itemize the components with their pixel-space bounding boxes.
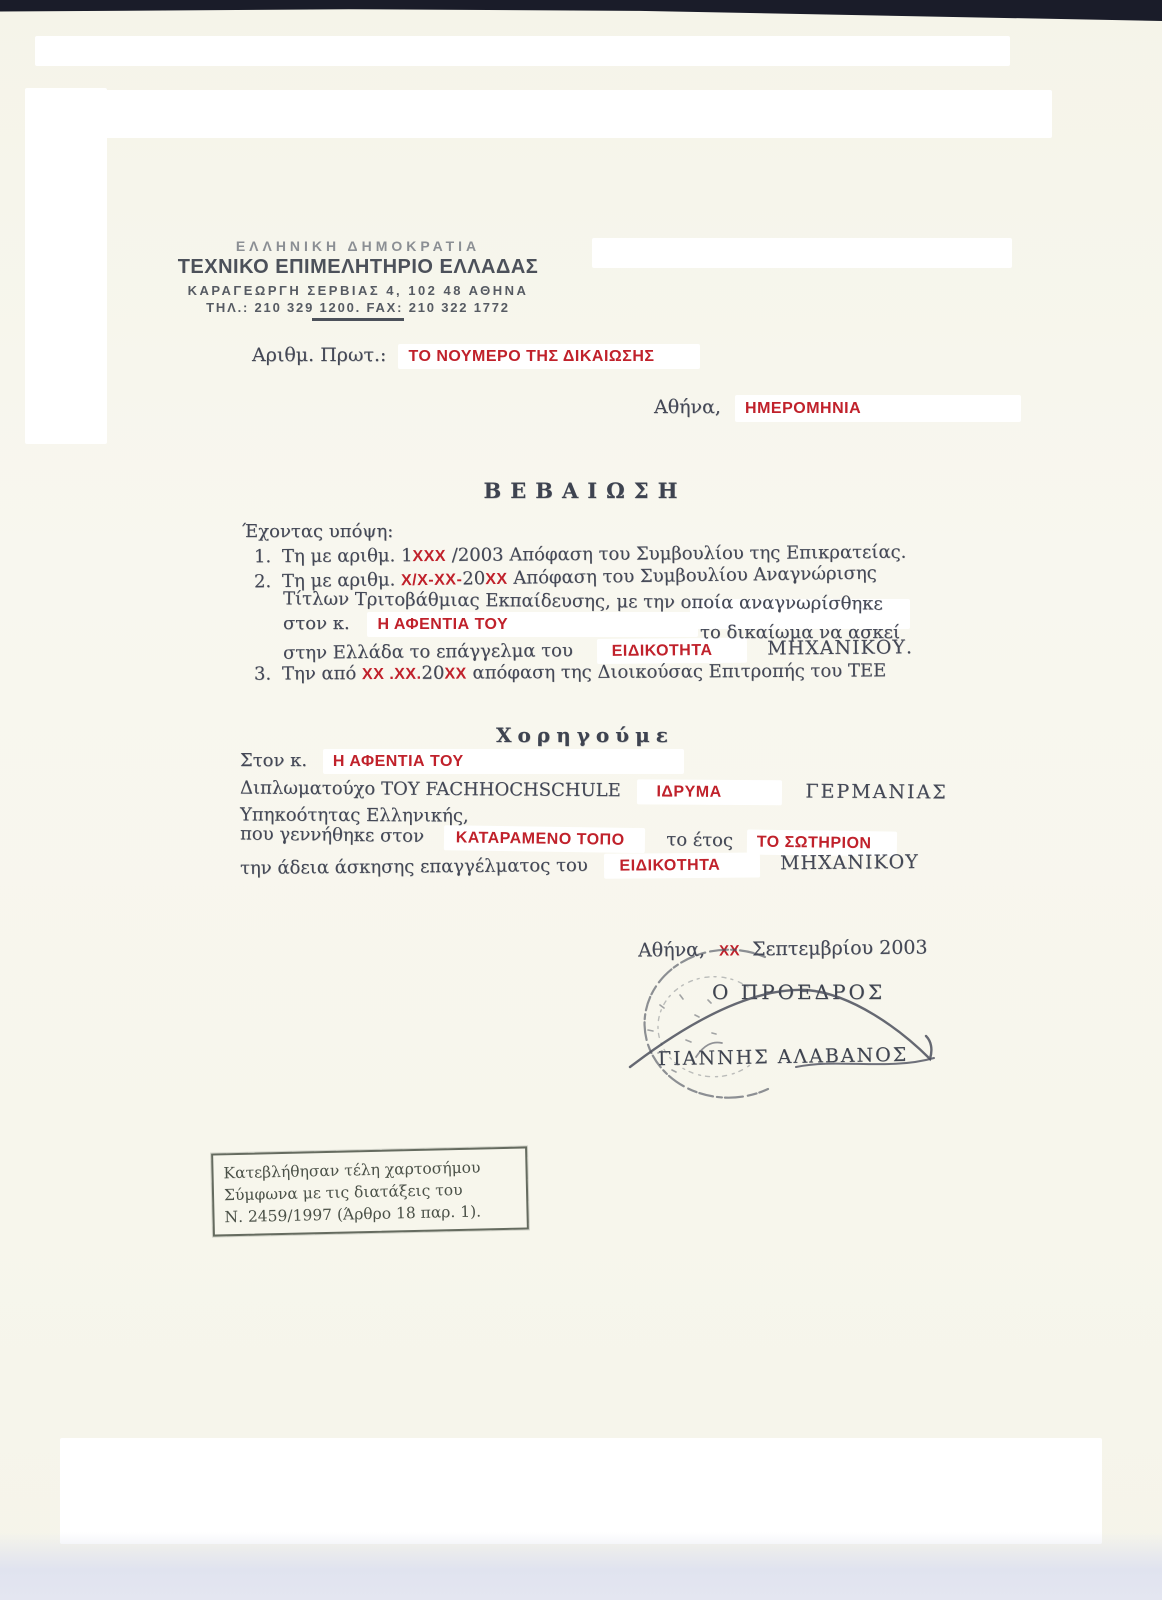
grant-l2-pre: Διπλωματούχο ΤΟΥ FACHHOCHSCHULE	[240, 778, 621, 802]
redaction-box-left-strip	[25, 88, 107, 444]
item2-l1-redacted-a: Χ/Χ-ΧΧ-	[401, 571, 463, 589]
protocol-line: Αριθμ. Πρωτ.: ΤΟ ΝΟΥΜΕΡΟ ΤΗΣ ΔΙΚΑΙΩΣΗΣ	[252, 344, 700, 366]
list-item-2-line3-tail: το δικαίωμα να ασκεί	[700, 622, 900, 643]
grant-line5: την άδεια άσκησης επαγγέλματος του ΕΙΔΙΚ…	[240, 851, 919, 879]
scan-edge-bar	[0, 0, 1162, 21]
letterhead-rule	[312, 318, 404, 321]
grant-l1-pre: Στον κ.	[240, 750, 307, 771]
president-title: Ο ΠΡΟΕΔΡΟΣ	[712, 980, 885, 1004]
item2-l1-redacted-b: ΧΧ	[485, 571, 508, 588]
stamp-duty-note: Κατεβλήθησαν τέλη χαρτοσήμου Σύμφωνα με …	[211, 1146, 529, 1236]
item1-redacted: ΧΧΧ	[412, 548, 446, 565]
letterhead-republic: ΕΛΛΗΝΙΚΗ ΔΗΜΟΚΡΑΤΙΑ	[158, 238, 558, 254]
grant-l4-redacted-a: ΚΑΤΑΡΑΜΕΝΟ ΤΟΠΟ	[444, 825, 645, 853]
item2-l3-redacted: Η ΑΦΕΝΤΙΑ ΤΟΥ	[367, 612, 698, 637]
redaction-box-upper	[100, 90, 1052, 138]
redaction-box-top	[35, 36, 1010, 66]
intro-line: Έχοντας υπόψη:	[242, 521, 393, 542]
redaction-box-beside-letterhead	[592, 238, 1012, 268]
redaction-box-bottom	[60, 1438, 1102, 1544]
item3-redacted-b: ΧΧ	[444, 666, 466, 683]
grant-line1: Στον κ. Η ΑΦΕΝΤΙΑ ΤΟΥ	[240, 750, 684, 771]
item3-number: 3.	[254, 664, 282, 685]
grant-l4-pre: που γεννήθηκε στον	[240, 823, 424, 847]
grant-l5-redacted: ΕΙΔΙΚΟΤΗΤΑ	[603, 852, 760, 878]
item2-l1-post: Απόφαση του Συμβουλίου Αναγνώρισης	[507, 563, 876, 589]
letterhead-organization: ΤΕΧΝΙΚΟ ΕΠΙΜΕΛΗΤΗΡΙΟ ΕΛΛΑΔΑΣ	[158, 256, 558, 279]
president-name: ΓΙΑΝΝΗΣ ΑΛΑΒΑΝΟΣ	[658, 1044, 909, 1070]
item1-text-pre: Τη με αριθμ. 1	[282, 545, 413, 567]
sign-date-line: Αθήνα, ΧΧ Σεπτεμβρίου 2003	[638, 936, 928, 961]
item2-number: 2.	[254, 571, 282, 592]
item3-post: απόφαση της Διοικούσας Επιτροπής του ΤΕΕ	[467, 660, 887, 683]
item2-l1-mid: 20	[462, 568, 485, 589]
letterhead-phone-fax: ΤΗΛ.: 210 329 1200. FAX: 210 322 1772	[158, 300, 558, 315]
letterhead: ΕΛΛΗΝΙΚΗ ΔΗΜΟΚΡΑΤΙΑ ΤΕΧΝΙΚΟ ΕΠΙΜΕΛΗΤΗΡΙΟ…	[158, 238, 558, 321]
grant-l2-post: ΓΕΡΜΑΝΙΑΣ	[805, 780, 947, 803]
scan-footer-fade	[0, 1532, 1162, 1600]
grant-heading: Χορηγούμε	[455, 723, 715, 747]
grant-line2: Διπλωματούχο ΤΟΥ FACHHOCHSCHULE ΙΔΡΥΜΑ Γ…	[240, 777, 948, 804]
document-title: ΒΕΒΑΙΩΣΗ	[455, 478, 715, 503]
sign-date-post: Σεπτεμβρίου 2003	[752, 936, 928, 960]
list-item-2-line1: 2.Τη με αριθμ. Χ/Χ-ΧΧ-20ΧΧ Απόφαση του Σ…	[254, 563, 877, 593]
grant-line4: που γεννήθηκε στον ΚΑΤΑΡΑΜΕΝΟ ΤΟΠΟ το έτ…	[240, 823, 897, 853]
sign-date-pre: Αθήνα,	[638, 939, 705, 962]
date-value-redacted: ΗΜΕΡΟΜΗΝΙΑ	[735, 395, 1021, 422]
grant-l5-pre: την άδεια άσκησης επαγγέλματος του	[240, 855, 588, 879]
protocol-value-redacted: ΤΟ ΝΟΥΜΕΡΟ ΤΗΣ ΔΙΚΑΙΩΣΗΣ	[398, 344, 700, 369]
letterhead-address: ΚΑΡΑΓΕΩΡΓΗ ΣΕΡΒΙΑΣ 4, 102 48 ΑΘΗΝΑ	[158, 283, 558, 298]
grant-l4-mid: το έτος	[666, 829, 733, 851]
round-stamp-and-signature	[600, 945, 945, 1105]
sign-date-redacted: ΧΧ	[719, 942, 740, 959]
list-item-2-line3: στον κ. Η ΑΦΕΝΤΙΑ ΤΟΥ	[283, 613, 698, 634]
grant-l2-redacted: ΙΔΡΥΜΑ	[636, 779, 781, 805]
list-item-2-line2: Τίτλων Τριτοβάθμιας Εκπαίδευσης, με την …	[283, 588, 883, 614]
list-item-3: 3.Την από ΧΧ .ΧΧ.20ΧΧ απόφαση της Διοικο…	[254, 660, 886, 684]
place-label: Αθήνα,	[654, 396, 721, 418]
item1-number: 1.	[254, 546, 282, 567]
item3-redacted-a: ΧΧ .ΧΧ.	[362, 666, 422, 683]
place-date-line: Αθήνα, ΗΜΕΡΟΜΗΝΙΑ	[654, 396, 1021, 418]
grant-l1-redacted: Η ΑΦΕΝΤΙΑ ΤΟΥ	[323, 749, 684, 774]
scanned-certificate-page: ΕΛΛΗΝΙΚΗ ΔΗΜΟΚΡΑΤΙΑ ΤΕΧΝΙΚΟ ΕΠΙΜΕΛΗΤΗΡΙΟ…	[0, 0, 1162, 1600]
protocol-label: Αριθμ. Πρωτ.:	[252, 344, 386, 366]
item3-pre: Την από	[282, 663, 362, 684]
item2-l3-pre: στον κ.	[283, 613, 350, 634]
item2-l4-pre: στην Ελλάδα το επάγγελμα του	[283, 640, 573, 664]
grant-l5-post: ΜΗΧΑΝΙΚΟΥ	[780, 851, 919, 874]
item3-mid: 20	[421, 663, 444, 684]
